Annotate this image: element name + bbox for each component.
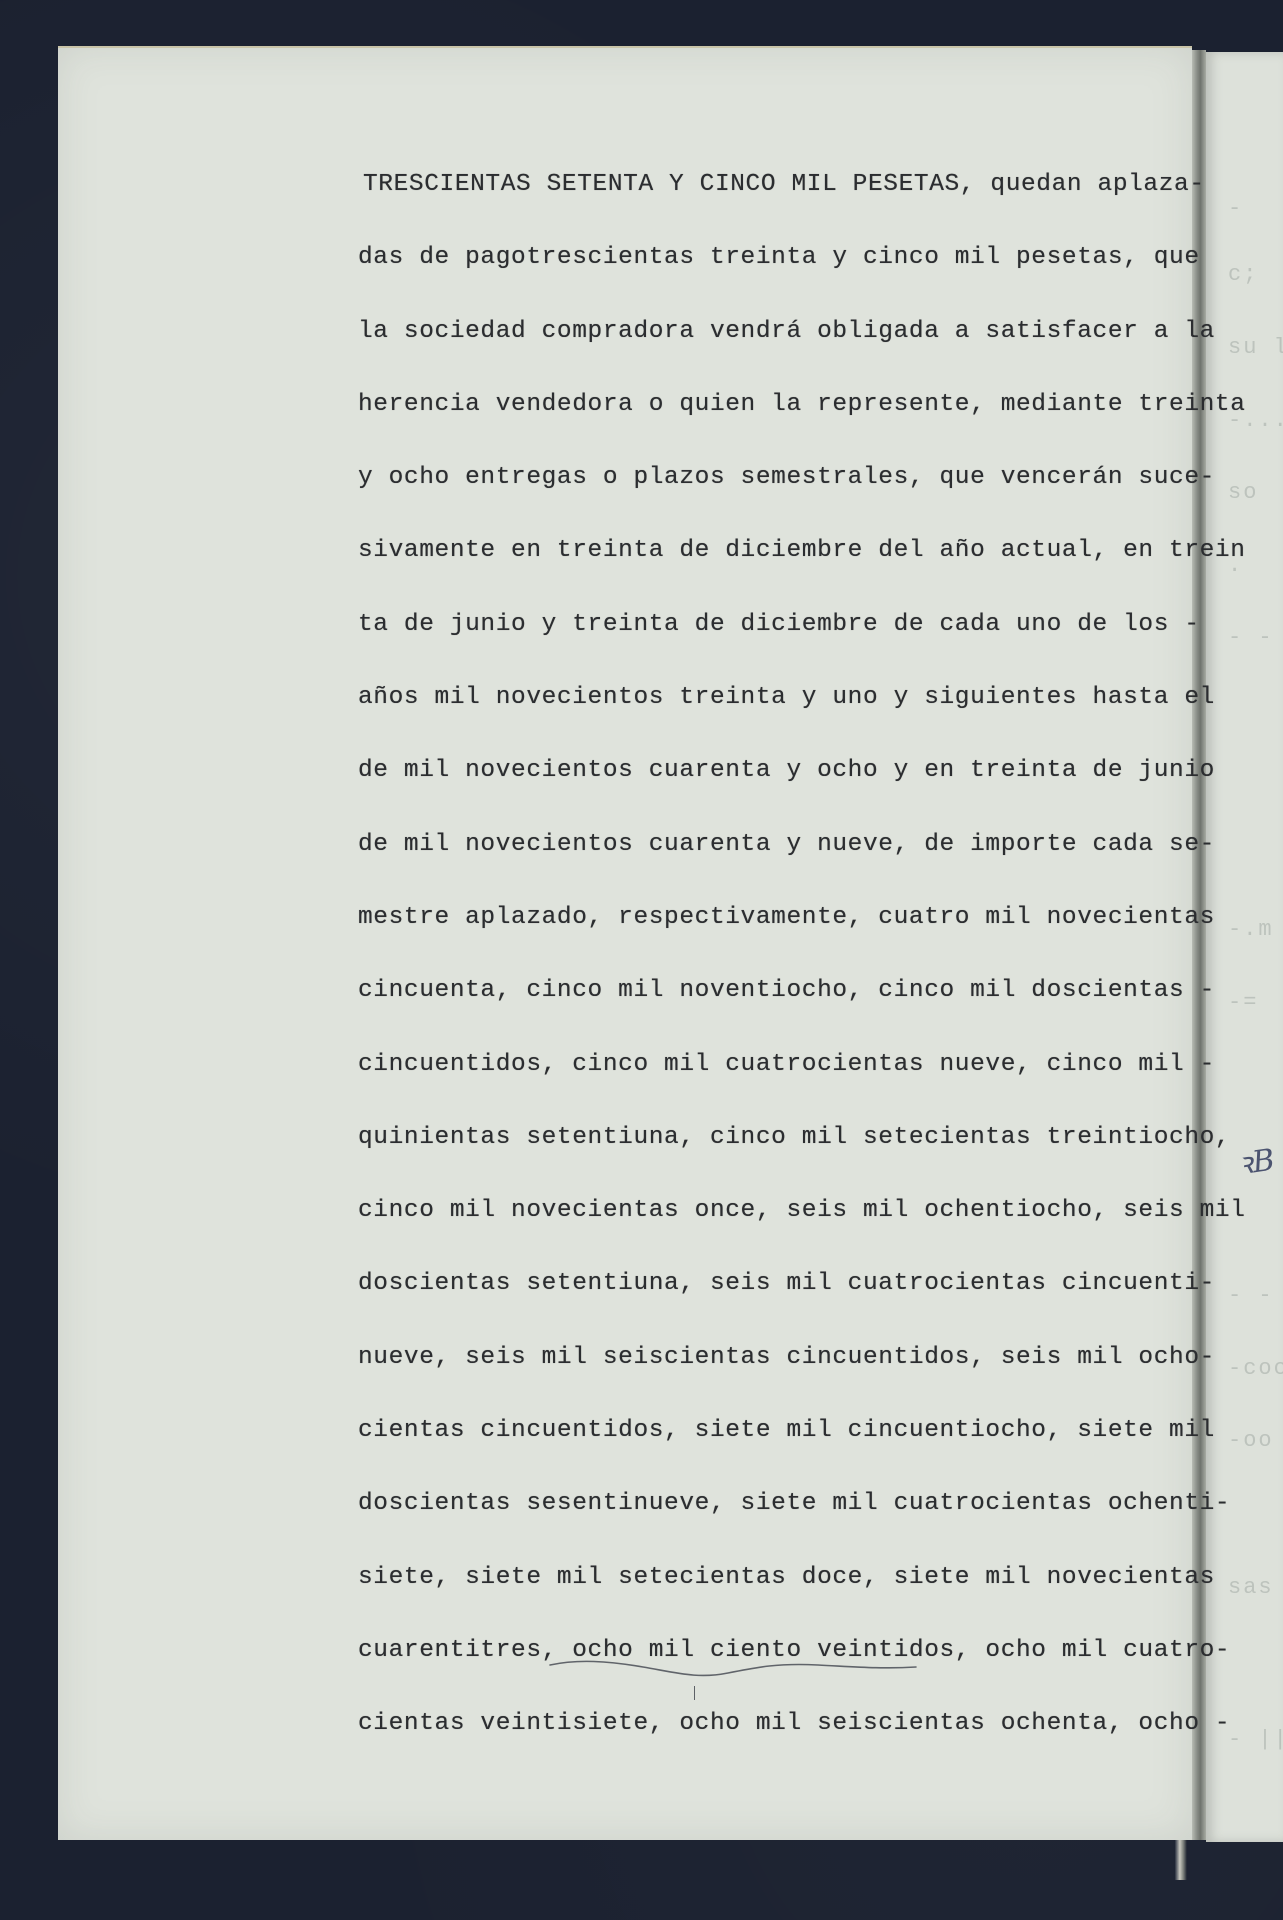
text-line: de mil novecientos cuarenta y ocho y en … — [358, 753, 1198, 826]
show-through-mark: -.m — [1228, 917, 1274, 942]
show-through-mark: - - — [1228, 1283, 1274, 1308]
text-line: años mil novecientos treinta y uno y sig… — [358, 680, 1198, 753]
text-line: nueve, seis mil seiscientas cincuentidos… — [358, 1340, 1198, 1413]
text-line: la sociedad compradora vendrá obligada a… — [358, 314, 1198, 387]
text-line: de mil novecientos cuarenta y nueve, de … — [358, 827, 1198, 900]
text-line: quinientas setentiuna, cinco mil setecie… — [358, 1120, 1198, 1193]
show-through-mark: sas — [1228, 1575, 1274, 1600]
text-line: cientas cincuentidos, siete mil cincuent… — [358, 1413, 1198, 1486]
show-through-mark: -= — [1228, 990, 1258, 1015]
text-line: TRESCIENTAS SETENTA Y CINCO MIL PESETAS,… — [358, 167, 1198, 240]
text-line: herencia vendedora o quien la represente… — [358, 387, 1198, 460]
show-through-mark: - || — [1228, 1727, 1283, 1752]
text-line: sivamente en treinta de diciembre del añ… — [358, 533, 1198, 606]
page-fold-edge — [1175, 1840, 1187, 1880]
show-through-mark: so — [1228, 480, 1258, 505]
typewritten-text-block: TRESCIENTAS SETENTA Y CINCO MIL PESETAS,… — [358, 167, 1198, 1780]
show-through-mark: c; — [1228, 262, 1258, 287]
text-line: y ocho entregas o plazos semestrales, qu… — [358, 460, 1198, 533]
text-line: ta de junio y treinta de diciembre de ca… — [358, 607, 1198, 680]
show-through-mark: -coc — [1228, 1356, 1283, 1381]
text-line: cincuentidos, cinco mil cuatrocientas nu… — [358, 1047, 1198, 1120]
text-line: cincuenta, cinco mil noventiocho, cinco … — [358, 973, 1198, 1046]
text-line: doscientas setentiuna, seis mil cuatroci… — [358, 1266, 1198, 1339]
show-through-mark: -oo — [1228, 1428, 1274, 1453]
text-line: doscientas sesentinueve, siete mil cuatr… — [358, 1486, 1198, 1559]
adjacent-page-edge — [1206, 52, 1283, 1842]
show-through-mark: - — [1228, 196, 1243, 221]
pencil-margin-mark: ꝛB — [1235, 1138, 1277, 1184]
pencil-tick-mark — [694, 1686, 695, 1700]
show-through-mark: su l — [1228, 335, 1283, 360]
text-line: das de pagotrescientas treinta y cinco m… — [358, 240, 1198, 313]
text-line: siete, siete mil setecientas doce, siete… — [358, 1560, 1198, 1633]
text-line: cientas veintisiete, ocho mil seiscienta… — [358, 1706, 1198, 1779]
pencil-underline-mark — [548, 1657, 918, 1683]
text-line: cinco mil novecientas once, seis mil och… — [358, 1193, 1198, 1266]
show-through-mark: - - — [1228, 625, 1274, 650]
text-line: mestre aplazado, respectivamente, cuatro… — [358, 900, 1198, 973]
